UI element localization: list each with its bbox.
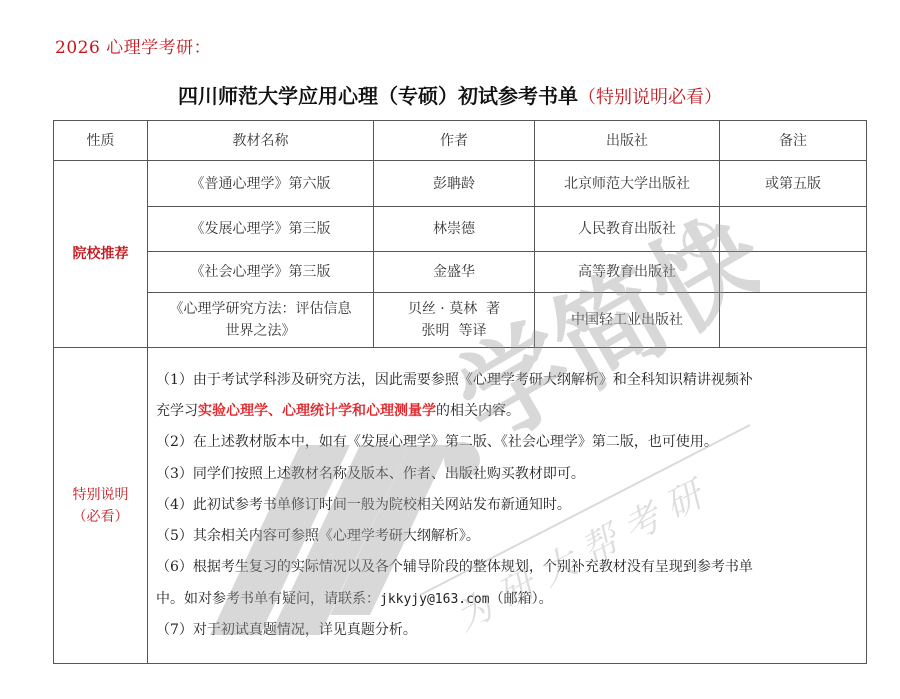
book-title: 《社会心理学》第三版: [148, 252, 374, 293]
book-note: 或第五版: [720, 161, 867, 207]
recommended-label: 院校推荐: [54, 161, 148, 348]
special-label-line: 特别说明: [60, 484, 141, 506]
book-author-line: 张明 等译: [380, 320, 528, 342]
column-header-note: 备注: [720, 121, 867, 161]
book-author: 金盛华: [374, 252, 535, 293]
book-note: [720, 252, 867, 293]
column-header-title: 教材名称: [148, 121, 374, 161]
book-publisher: 人民教育出版社: [535, 207, 720, 252]
pre-title: 2026 心理学考研：: [55, 33, 211, 58]
note-text: 的相关内容。: [436, 403, 520, 419]
special-label-line: （必看）: [60, 506, 141, 528]
table-header-row: 性质 教材名称 作者 出版社 备注: [54, 121, 867, 161]
note-text: 充学习: [156, 403, 198, 419]
book-author-line: 贝丝 · 莫林 著: [380, 298, 528, 320]
book-title: 《发展心理学》第三版: [148, 207, 374, 252]
book-publisher: 高等教育出版社: [535, 252, 720, 293]
special-notes-row: 特别说明 （必看） （1）由于考试学科涉及研究方法，因此需要参照《心理学考研大纲…: [54, 348, 867, 664]
note-item-4: （4）此初试参考书单修订时间一般为院校相关网站发布新通知时。: [156, 490, 858, 521]
table-row: 《发展心理学》第三版 林崇德 人民教育出版社: [54, 207, 867, 252]
book-title-line: 世界之法》: [154, 320, 367, 342]
note-item-5: （5）其余相关内容可参照《心理学考研大纲解析》。: [156, 521, 858, 552]
special-notes-label: 特别说明 （必看）: [54, 348, 148, 664]
book-author: 贝丝 · 莫林 著 张明 等译: [374, 293, 535, 348]
contact-email: jkkyjy@163.com: [380, 592, 490, 607]
book-note: [720, 207, 867, 252]
note-text: （邮箱）。: [490, 591, 553, 607]
reference-book-table: 性质 教材名称 作者 出版社 备注 院校推荐 《普通心理学》第六版 彭聃龄 北京…: [53, 120, 867, 664]
highlighted-subjects: 实验心理学、心理统计学和心理测量学: [198, 403, 436, 419]
note-item-6-cont: 中。如对参考书单有疑问，请联系：jkkyjy@163.com（邮箱）。: [156, 584, 858, 615]
column-header-nature: 性质: [54, 121, 148, 161]
book-author: 林崇德: [374, 207, 535, 252]
page-title: 四川师范大学应用心理（专硕）初试参考书单（特别说明必看）: [0, 80, 900, 109]
note-item-3: （3）同学们按照上述教材名称及版本、作者、出版社购买教材即可。: [156, 459, 858, 490]
book-title: 《普通心理学》第六版: [148, 161, 374, 207]
column-header-author: 作者: [374, 121, 535, 161]
column-header-publisher: 出版社: [535, 121, 720, 161]
page-title-main: 四川师范大学应用心理（专硕）初试参考书单: [178, 84, 578, 108]
note-item-6: （6）根据考生复习的实际情况以及各个辅导阶段的整体规划，个别补充教材没有呈现到参…: [156, 552, 858, 583]
table-row: 《心理学研究方法：评估信息 世界之法》 贝丝 · 莫林 著 张明 等译 中国轻工…: [54, 293, 867, 348]
note-item-7: （7）对于初试真题情况，详见真题分析。: [156, 615, 858, 646]
book-publisher: 中国轻工业出版社: [535, 293, 720, 348]
book-publisher: 北京师范大学出版社: [535, 161, 720, 207]
page-title-note: （特别说明必看）: [578, 87, 722, 108]
note-text: 中。如对参考书单有疑问，请联系：: [156, 591, 380, 607]
note-item-1: （1）由于考试学科涉及研究方法，因此需要参照《心理学考研大纲解析》和全科知识精讲…: [156, 365, 858, 396]
book-note: [720, 293, 867, 348]
table-row: 《社会心理学》第三版 金盛华 高等教育出版社: [54, 252, 867, 293]
note-item-1-cont: 充学习实验心理学、心理统计学和心理测量学的相关内容。: [156, 396, 858, 427]
book-title-line: 《心理学研究方法：评估信息: [154, 298, 367, 320]
note-item-2: （2）在上述教材版本中，如有《发展心理学》第二版、《社会心理学》第二版，也可使用…: [156, 427, 858, 458]
book-title: 《心理学研究方法：评估信息 世界之法》: [148, 293, 374, 348]
table-row: 院校推荐 《普通心理学》第六版 彭聃龄 北京师范大学出版社 或第五版: [54, 161, 867, 207]
special-notes-content: （1）由于考试学科涉及研究方法，因此需要参照《心理学考研大纲解析》和全科知识精讲…: [148, 348, 867, 664]
book-author: 彭聃龄: [374, 161, 535, 207]
